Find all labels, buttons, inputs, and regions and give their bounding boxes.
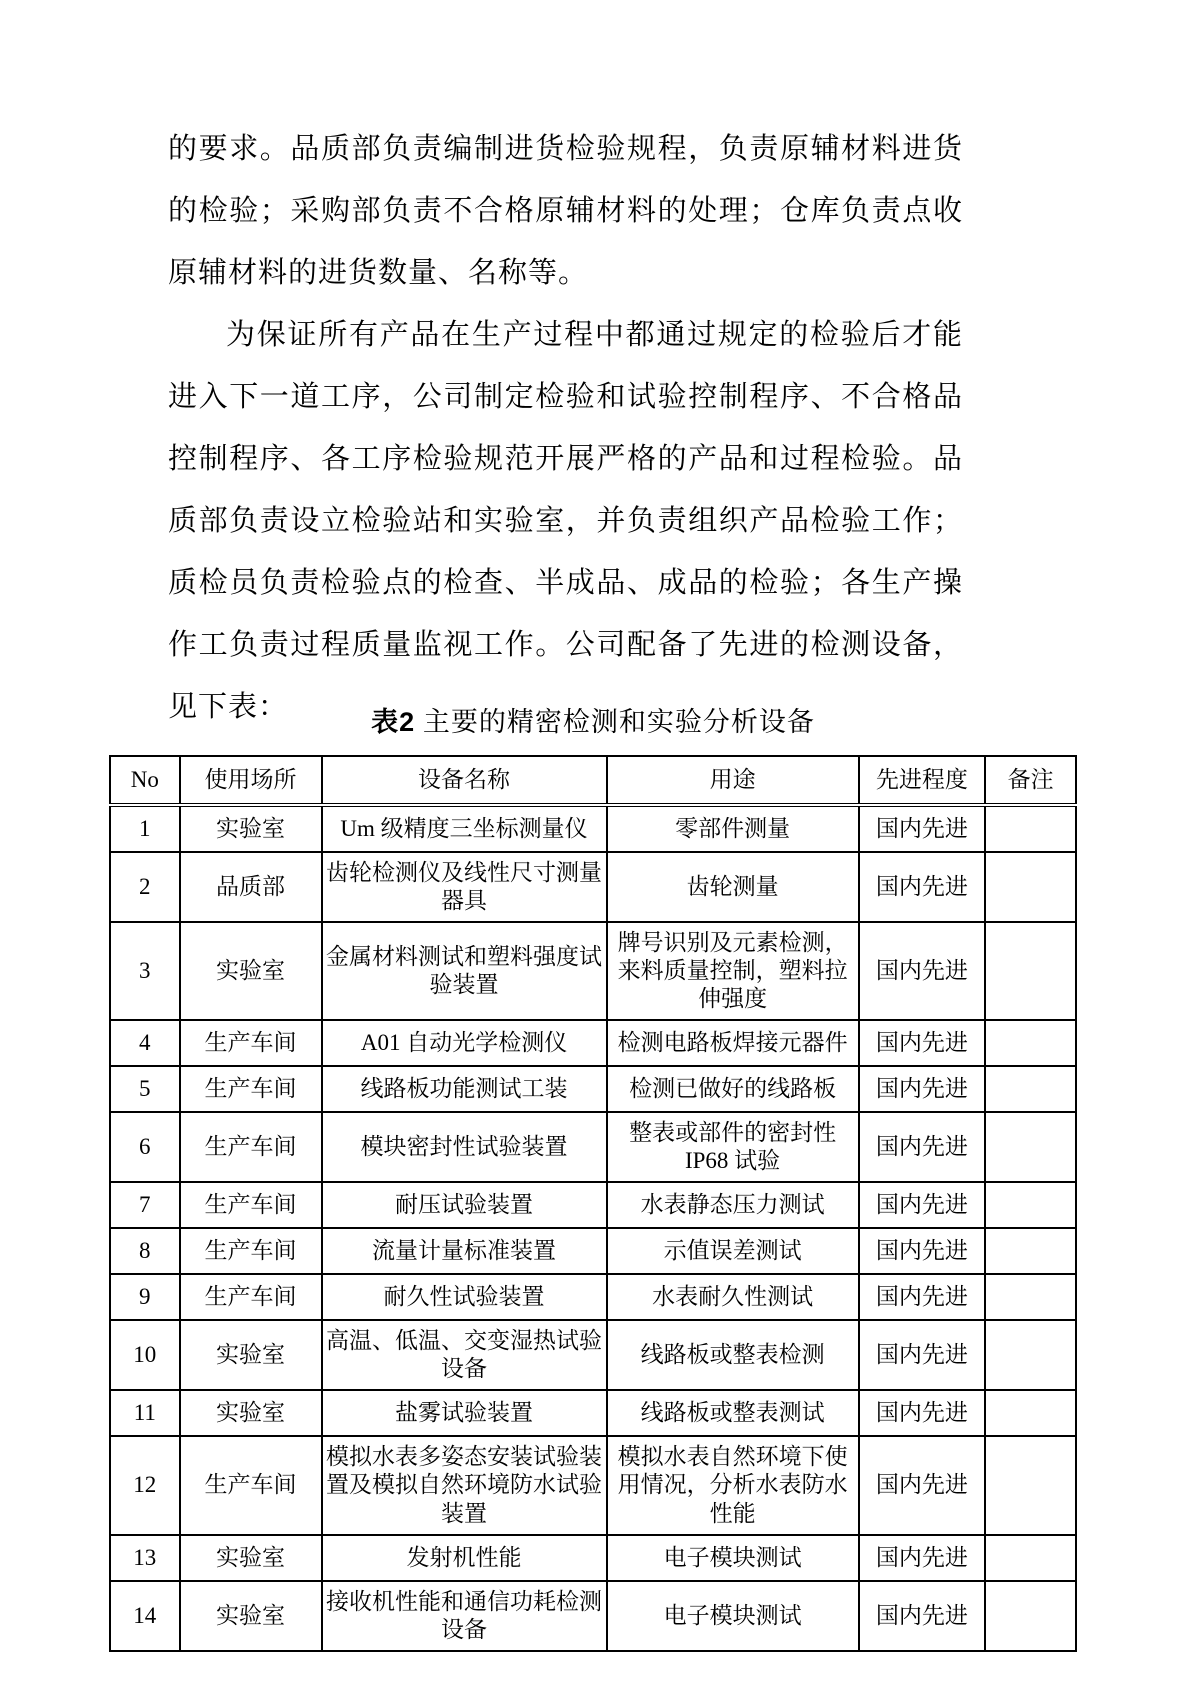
table-cell: 国内先进: [859, 1228, 986, 1274]
table-cell: 7: [110, 1182, 180, 1228]
table-cell: 生产车间: [180, 1436, 322, 1534]
equipment-table: No使用场所设备名称用途先进程度备注 1实验室Um 级精度三坐标测量仪零部件测量…: [109, 755, 1077, 1652]
table-cell: 11: [110, 1390, 180, 1436]
table-row: 5生产车间线路板功能测试工装检测已做好的线路板国内先进: [110, 1066, 1076, 1112]
table-cell: 牌号识别及元素检测，来料质量控制，塑料拉伸强度: [607, 922, 859, 1020]
table-cell: 13: [110, 1535, 180, 1581]
table-row: 8生产车间流量计量标准装置示值误差测试国内先进: [110, 1228, 1076, 1274]
table-cell: 水表静态压力测试: [607, 1182, 859, 1228]
table-cell: 国内先进: [859, 1182, 986, 1228]
table-row: 1实验室Um 级精度三坐标测量仪零部件测量国内先进: [110, 805, 1076, 852]
table-cell: [985, 805, 1076, 852]
table-cell: 线路板或整表检测: [607, 1320, 859, 1390]
table-row: 2品质部齿轮检测仪及线性尺寸测量器具齿轮测量国内先进: [110, 852, 1076, 922]
table-body: 1实验室Um 级精度三坐标测量仪零部件测量国内先进2品质部齿轮检测仪及线性尺寸测…: [110, 805, 1076, 1651]
table-cell: 耐压试验装置: [322, 1182, 607, 1228]
table-cell: 国内先进: [859, 1020, 986, 1066]
table-cell: [985, 1581, 1076, 1651]
table-cell: 齿轮测量: [607, 852, 859, 922]
table-cell: 9: [110, 1274, 180, 1320]
table-cell: 国内先进: [859, 1436, 986, 1534]
table-cell: [985, 1390, 1076, 1436]
table-cell: 高温、低温、交变湿热试验设备: [322, 1320, 607, 1390]
table-cell: 2: [110, 852, 180, 922]
table-row: 11实验室盐雾试验装置线路板或整表测试国内先进: [110, 1390, 1076, 1436]
table-cell: 模拟水表自然环境下使用情况，分析水表防水性能: [607, 1436, 859, 1534]
table-cell: 6: [110, 1112, 180, 1182]
table-cell: 模拟水表多姿态安装试验装置及模拟自然环境防水试验装置: [322, 1436, 607, 1534]
table-cell: 实验室: [180, 1581, 322, 1651]
table-cell: 生产车间: [180, 1020, 322, 1066]
table-cell: 齿轮检测仪及线性尺寸测量器具: [322, 852, 607, 922]
table-cell: 电子模块测试: [607, 1535, 859, 1581]
table-cell: 4: [110, 1020, 180, 1066]
table-cell: [985, 1274, 1076, 1320]
table-cell: [985, 1182, 1076, 1228]
table-cell: [985, 1020, 1076, 1066]
table-cell: [985, 1228, 1076, 1274]
table-cell: 检测电路板焊接元器件: [607, 1020, 859, 1066]
table-cell: 实验室: [180, 1390, 322, 1436]
table-header-row: No使用场所设备名称用途先进程度备注: [110, 756, 1076, 805]
table-cell: 线路板功能测试工装: [322, 1066, 607, 1112]
equipment-table-section: 表2 主要的精密检测和实验分析设备 No使用场所设备名称用途先进程度备注 1实验…: [109, 700, 1077, 1652]
table-row: 12生产车间模拟水表多姿态安装试验装置及模拟自然环境防水试验装置模拟水表自然环境…: [110, 1436, 1076, 1534]
table-cell: 检测已做好的线路板: [607, 1066, 859, 1112]
table-cell: 14: [110, 1581, 180, 1651]
table-cell: 发射机性能: [322, 1535, 607, 1581]
table-cell: 生产车间: [180, 1274, 322, 1320]
table-caption-label: 表2: [371, 707, 415, 737]
table-cell: 零部件测量: [607, 805, 859, 852]
table-cell: 实验室: [180, 805, 322, 852]
table-cell: 生产车间: [180, 1182, 322, 1228]
column-header: No: [110, 756, 180, 805]
table-cell: 国内先进: [859, 852, 986, 922]
table-row: 13实验室发射机性能电子模块测试国内先进: [110, 1535, 1076, 1581]
table-cell: 生产车间: [180, 1228, 322, 1274]
table-cell: 实验室: [180, 1320, 322, 1390]
table-cell: 电子模块测试: [607, 1581, 859, 1651]
column-header: 使用场所: [180, 756, 322, 805]
table-row: 4生产车间A01 自动光学检测仪检测电路板焊接元器件国内先进: [110, 1020, 1076, 1066]
table-cell: [985, 1320, 1076, 1390]
column-header: 用途: [607, 756, 859, 805]
table-cell: 国内先进: [859, 1066, 986, 1112]
table-cell: 12: [110, 1436, 180, 1534]
table-cell: 品质部: [180, 852, 322, 922]
table-cell: 金属材料测试和塑料强度试验装置: [322, 922, 607, 1020]
table-cell: [985, 922, 1076, 1020]
table-cell: 线路板或整表测试: [607, 1390, 859, 1436]
table-cell: 1: [110, 805, 180, 852]
table-cell: 国内先进: [859, 805, 986, 852]
table-row: 10实验室高温、低温、交变湿热试验设备线路板或整表检测国内先进: [110, 1320, 1076, 1390]
table-cell: 实验室: [180, 922, 322, 1020]
table-cell: 实验室: [180, 1535, 322, 1581]
table-cell: 接收机性能和通信功耗检测设备: [322, 1581, 607, 1651]
table-cell: 盐雾试验装置: [322, 1390, 607, 1436]
column-header: 备注: [985, 756, 1076, 805]
paragraph-incoming-inspection: 的要求。品质部负责编制进货检验规程，负责原辅材料进货的检验；采购部负责不合格原辅…: [168, 118, 963, 304]
table-cell: 生产车间: [180, 1066, 322, 1112]
table-caption: 表2 主要的精密检测和实验分析设备: [109, 700, 1077, 739]
document-page: 的要求。品质部负责编制进货检验规程，负责原辅材料进货的检验；采购部负责不合格原辅…: [0, 0, 1190, 1683]
table-row: 7生产车间耐压试验装置水表静态压力测试国内先进: [110, 1182, 1076, 1228]
table-cell: [985, 1112, 1076, 1182]
table-cell: 国内先进: [859, 1581, 986, 1651]
table-cell: 8: [110, 1228, 180, 1274]
table-cell: [985, 1066, 1076, 1112]
table-row: 14实验室接收机性能和通信功耗检测设备电子模块测试国内先进: [110, 1581, 1076, 1651]
table-cell: [985, 1436, 1076, 1534]
table-cell: 5: [110, 1066, 180, 1112]
table-cell: 国内先进: [859, 1535, 986, 1581]
table-row: 9生产车间耐久性试验装置水表耐久性测试国内先进: [110, 1274, 1076, 1320]
table-cell: 10: [110, 1320, 180, 1390]
table-cell: 水表耐久性测试: [607, 1274, 859, 1320]
table-cell: Um 级精度三坐标测量仪: [322, 805, 607, 852]
table-cell: 国内先进: [859, 1112, 986, 1182]
column-header: 先进程度: [859, 756, 986, 805]
paragraph-process-inspection: 为保证所有产品在生产过程中都通过规定的检验后才能进入下一道工序，公司制定检验和试…: [168, 304, 963, 738]
table-cell: 国内先进: [859, 922, 986, 1020]
table-cell: 国内先进: [859, 1274, 986, 1320]
table-row: 6生产车间模块密封性试验装置整表或部件的密封性 IP68 试验国内先进: [110, 1112, 1076, 1182]
table-cell: 耐久性试验装置: [322, 1274, 607, 1320]
table-cell: 国内先进: [859, 1390, 986, 1436]
column-header: 设备名称: [322, 756, 607, 805]
table-cell: 模块密封性试验装置: [322, 1112, 607, 1182]
table-cell: A01 自动光学检测仪: [322, 1020, 607, 1066]
body-text: 的要求。品质部负责编制进货检验规程，负责原辅材料进货的检验；采购部负责不合格原辅…: [168, 118, 963, 738]
table-cell: 生产车间: [180, 1112, 322, 1182]
table-cell: 3: [110, 922, 180, 1020]
table-cell: [985, 852, 1076, 922]
table-cell: 示值误差测试: [607, 1228, 859, 1274]
table-cell: 国内先进: [859, 1320, 986, 1390]
table-row: 3实验室金属材料测试和塑料强度试验装置牌号识别及元素检测，来料质量控制，塑料拉伸…: [110, 922, 1076, 1020]
table-cell: 流量计量标准装置: [322, 1228, 607, 1274]
table-caption-title: 主要的精密检测和实验分析设备: [423, 707, 815, 737]
table-cell: 整表或部件的密封性 IP68 试验: [607, 1112, 859, 1182]
table-cell: [985, 1535, 1076, 1581]
